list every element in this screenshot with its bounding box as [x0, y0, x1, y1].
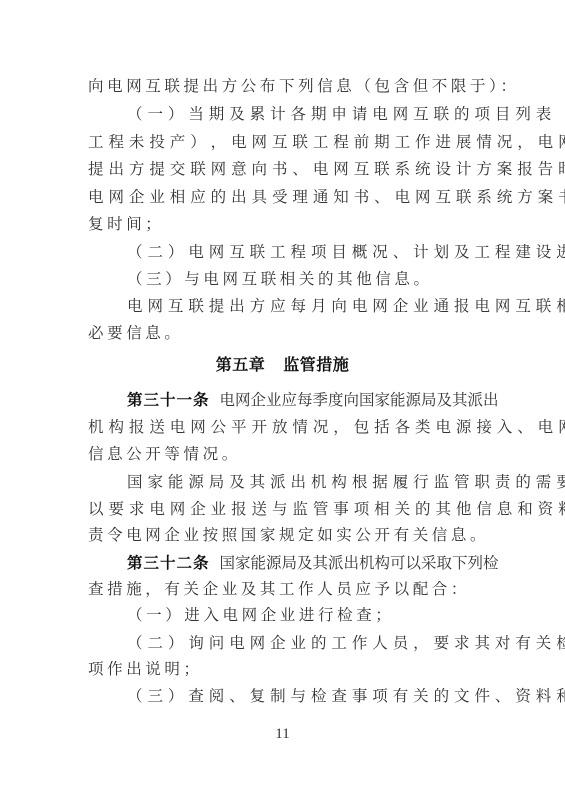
- list-item-2-continuation: 项作出说明；: [88, 658, 480, 680]
- chapter-number: 第五章: [216, 355, 266, 374]
- paragraph-line: 向电网互联提出方公布下列信息（包含但不限于）：: [88, 75, 480, 97]
- paragraph-line: 必要信息。: [88, 322, 480, 344]
- list-item-2-line: （ 二 ） 电 网 互 联 工 程 项 目 概 况 、 计 划 及 工 程 建 …: [127, 241, 480, 263]
- article-32-label: 第三十二条: [127, 554, 210, 572]
- paragraph-line: 电 网 互 联 提 出 方 应 每 月 向 电 网 企 业 通 报 电 网 互 …: [127, 295, 480, 317]
- chapter-heading: 第五章监管措施: [0, 354, 565, 376]
- paragraph-line: 国 家 能 源 局 及 其 派 出 机 构 根 据 履 行 监 管 职 责 的 …: [127, 471, 480, 493]
- paragraph-line: 责令电网企业按照国家规定如实公开有关信息。: [88, 524, 480, 546]
- list-item-1-line: （一）进入电网企业进行检查；: [127, 604, 480, 626]
- list-item-3-line: （ 三 ） 查 阅 、 复 制 与 检 查 事 项 有 关 的 文 件 、 资 …: [127, 685, 480, 707]
- paragraph-line: 信息公开等情况。: [88, 443, 480, 465]
- list-item-1-line: （ 一 ） 当 期 及 累 计 各 期 申 请 电 网 互 联 的 项 目 列 …: [127, 103, 480, 125]
- paragraph-line: 机 构 报 送 电 网 公 平 开 放 情 况 ， 包 括 各 类 电 源 接 …: [88, 416, 480, 438]
- paragraph-line: 以 要 求 电 网 企 业 报 送 与 监 管 事 项 相 关 的 其 他 信 …: [88, 498, 480, 520]
- article-31-text: 电网企业应每季度向国家能源局及其派出: [220, 391, 499, 409]
- list-item-2-line: （ 二 ） 询 问 电 网 企 业 的 工 作 人 员 ， 要 求 其 对 有 …: [127, 632, 480, 654]
- paragraph-line: 工 程 未 投 产 ） ， 电 网 互 联 工 程 前 期 工 作 进 展 情 …: [88, 131, 480, 153]
- paragraph-line: 复时间；: [88, 213, 480, 235]
- article-31-first-line: 第三十一条电网企业应每季度向国家能源局及其派出: [127, 389, 480, 411]
- article-32-text: 国家能源局及其派出机构可以采取下列检: [220, 554, 499, 572]
- list-item-3-line: （三）与电网互联相关的其他信息。: [127, 268, 480, 290]
- document-page: 向电网互联提出方公布下列信息（包含但不限于）： （ 一 ） 当 期 及 累 计 …: [0, 0, 565, 800]
- article-32-first-line: 第三十二条国家能源局及其派出机构可以采取下列检: [127, 552, 480, 574]
- page-number: 11: [0, 724, 565, 744]
- paragraph-line: 电 网 企 业 相 应 的 出 具 受 理 通 知 书 、 电 网 互 联 系 …: [88, 186, 480, 208]
- article-31-label: 第三十一条: [127, 391, 210, 409]
- chapter-title: 监管措施: [283, 355, 349, 374]
- paragraph-line: 提 出 方 提 交 联 网 意 向 书 、 电 网 互 联 系 统 设 计 方 …: [88, 158, 480, 180]
- paragraph-line: 查措施，有关企业及其工作人员应予以配合：: [88, 578, 480, 600]
